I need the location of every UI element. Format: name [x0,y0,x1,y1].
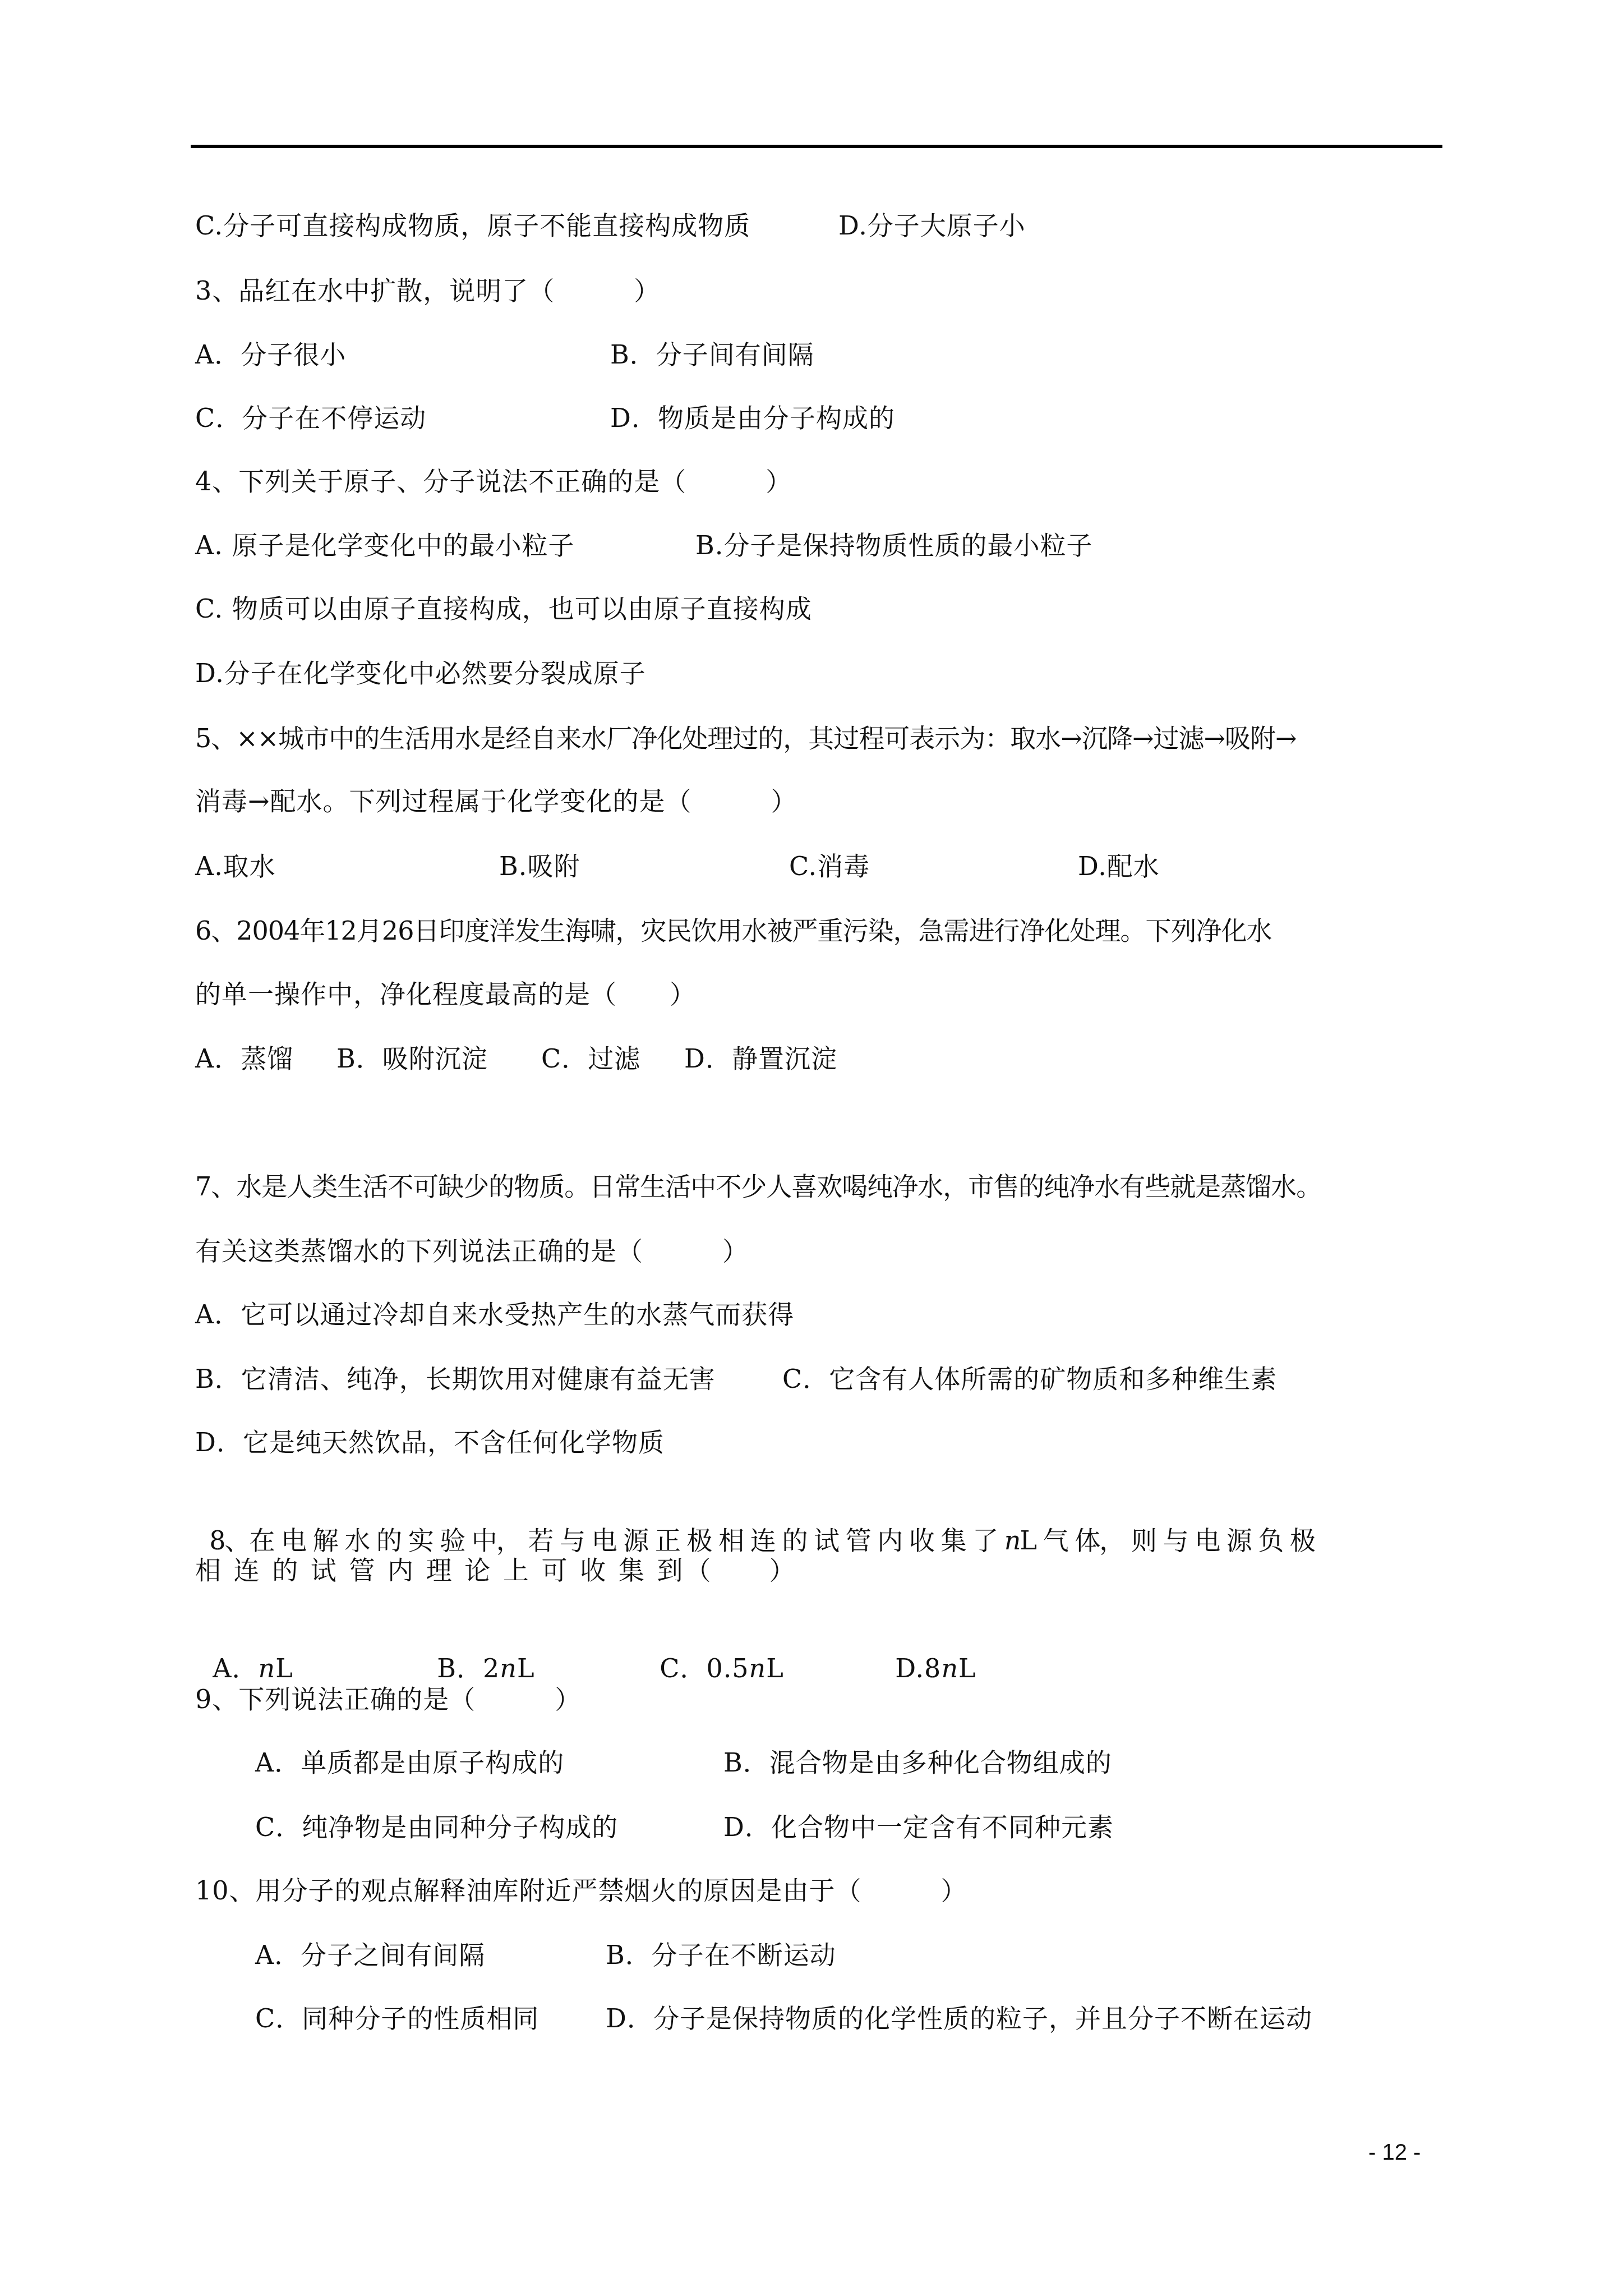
q8-stem-line1-part-b: L 气 体， 则 与 电 源 负 极 [1020,1525,1315,1556]
q8-option-b-label: B．2 [437,1653,500,1683]
q8-option-d-label: D.8 [895,1653,941,1683]
q3-option-d: D．物质是由分子构成的 [610,401,895,435]
q7-option-a: A．它可以通过冷却自来水受热产生的水蒸气而获得 [195,1297,794,1331]
q5-option-b: B.吸附 [499,849,580,883]
q9-option-d: D．化合物中一定含有不同种元素 [723,1810,1114,1844]
q10-option-b: B．分子在不断运动 [606,1938,836,1972]
q9-option-b: B．混合物是由多种化合物组成的 [723,1746,1112,1779]
q8-option-b-var: n [500,1653,517,1683]
q9-stem: 9、下列说法正确的是（ ） [195,1682,581,1716]
q7-option-b: B．它清洁、纯净，长期饮用对健康有益无害 [195,1362,716,1396]
q9-option-a: A．单质都是由原子构成的 [255,1746,564,1779]
q9-option-c: C．纯净物是由同种分子构成的 [255,1810,618,1844]
q8-variable-n: n [1004,1525,1020,1556]
q6-option-a: A．蒸馏 [195,1042,293,1075]
q5-option-d: D.配水 [1078,849,1160,883]
q10-stem: 10、用分子的观点解释油库附近严禁烟火的原因是由于（ ） [195,1874,967,1907]
q10-option-a: A．分子之间有间隔 [255,1938,485,1972]
q6-stem-line1: 6、2004年12月26日印度洋发生海啸，灾民饮用水被严重污染，急需进行净化处理… [195,914,1271,947]
q3-option-c: C．分子在不停运动 [195,401,426,435]
q8-option-b: B．2nL [419,1618,535,1685]
q4-option-c: C. 物质可以由原子直接构成，也可以由原子直接构成 [195,592,812,625]
q6-stem-line2: 的单一操作中，净化程度最高的是（ ） [195,977,696,1011]
q8-stem-line2: 相 连 的 试 管 内 理 论 上 可 收 集 到（ ） [195,1553,797,1587]
q6-option-d: D．静置沉淀 [684,1042,837,1075]
q10-option-d: D．分子是保持物质的化学性质的粒子，并且分子不断在运动 [606,2001,1312,2035]
q3-option-b: B．分子间有间隔 [610,338,814,371]
q8-option-a: A．nL [195,1618,293,1685]
q5-option-a: A.取水 [195,849,276,883]
q5-option-c: C.消毒 [789,849,870,883]
q2-option-c: C.分子可直接构成物质，原子不能直接构成物质 [195,209,750,242]
q4-option-d: D.分子在化学变化中必然要分裂成原子 [195,656,646,690]
q7-option-d: D．它是纯天然饮品，不含任何化学物质 [195,1425,665,1459]
q8-stem-line1-part-a: 8、在 电 解 水 的 实 验 中， 若 与 电 源 正 极 相 连 的 试 管… [209,1525,1004,1556]
q5-stem-line2: 消毒→配水。下列过程属于化学变化的是（ ） [195,784,797,818]
q10-option-c: C．同种分子的性质相同 [255,2001,539,2035]
q8-option-d-unit: L [958,1653,976,1683]
header-rule [191,145,1442,148]
q8-option-c: C．0.5nL [642,1618,784,1685]
page-number: - 12 - [1368,2140,1421,2165]
q6-option-c: C．过滤 [541,1042,640,1075]
q8-option-a-label: A． [213,1653,258,1683]
q6-option-b: B．吸附沉淀 [336,1042,488,1075]
q4-option-b: B.分子是保持物质性质的最小粒子 [695,528,1092,562]
q8-option-b-unit: L [517,1653,535,1683]
q2-option-d: D.分子大原子小 [838,209,1026,242]
q8-option-a-var: n [258,1653,275,1683]
q4-option-a: A. 原子是化学变化中的最小粒子 [195,528,574,562]
q3-option-a: A．分子很小 [195,338,346,371]
q8-option-c-unit: L [766,1653,784,1683]
q7-stem-line1: 7、水是人类生活不可缺少的物质。日常生活中不少人喜欢喝纯净水，市售的纯净水有些就… [195,1170,1321,1203]
q3-stem: 3、品红在水中扩散，说明了（ ） [195,274,660,307]
q8-option-a-unit: L [275,1653,293,1683]
q8-option-c-var: n [749,1653,767,1683]
q8-option-d-var: n [941,1653,958,1683]
q8-option-c-label: C．0.5 [660,1653,749,1683]
q7-option-c: C．它含有人体所需的矿物质和多种维生素 [782,1362,1277,1396]
q8-stem-line1: 8、在 电 解 水 的 实 验 中， 若 与 电 源 正 极 相 连 的 试 管… [195,1490,1315,1557]
q7-stem-line2: 有关这类蒸馏水的下列说法正确的是（ ） [195,1234,749,1268]
q8-option-d: D.8nL [878,1618,976,1685]
q5-stem-line1: 5、××城市中的生活用水是经自来水厂净化处理过的，其过程可表示为：取水→沉降→过… [195,721,1297,755]
q4-stem: 4、下列关于原子、分子说法不正确的是（ ） [195,464,792,498]
